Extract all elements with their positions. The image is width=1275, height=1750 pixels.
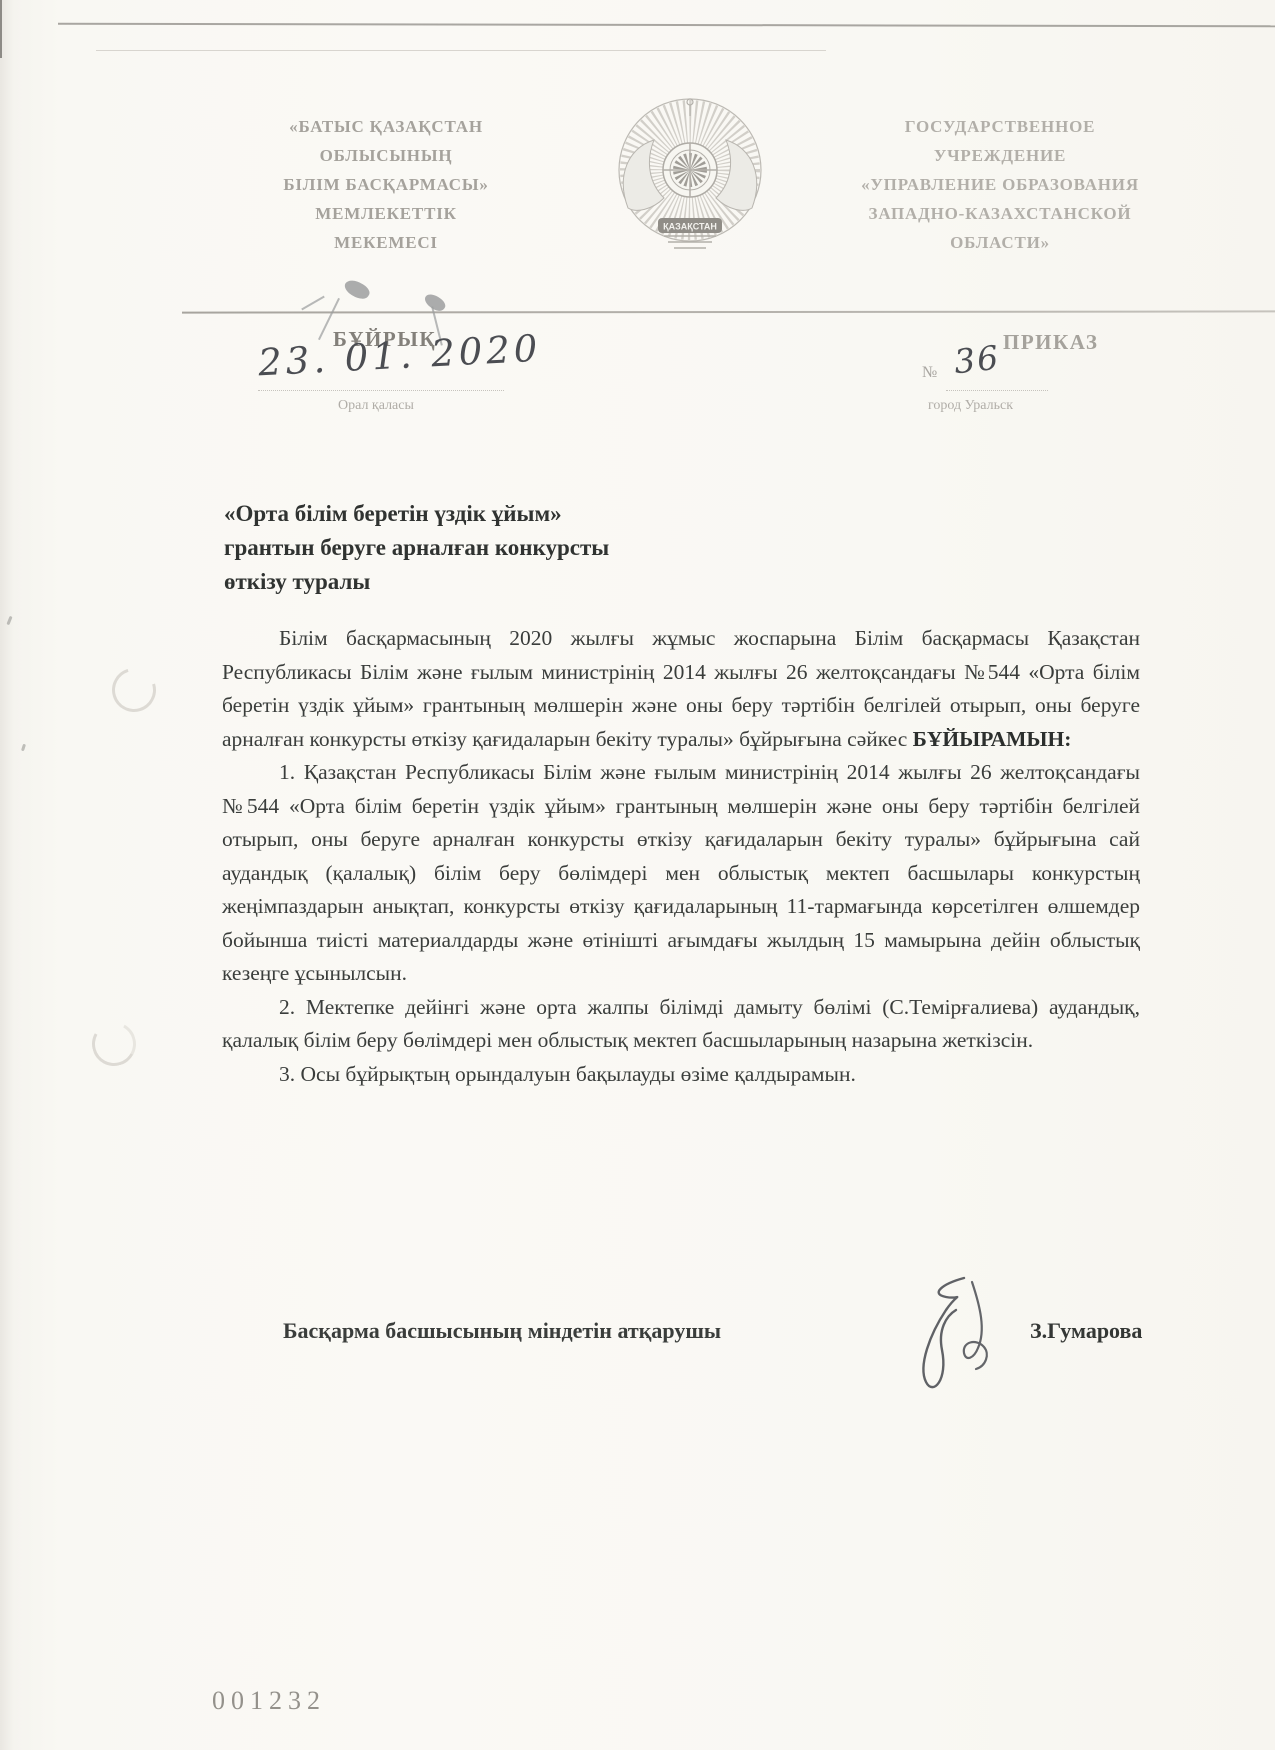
number-underline bbox=[946, 390, 1048, 391]
paper-edge-line bbox=[58, 23, 1275, 28]
handwritten-order-number: 36 bbox=[952, 338, 1002, 382]
title-line: грантын беруге арналған конкурсты bbox=[224, 531, 609, 565]
hole-punch-mark bbox=[104, 660, 164, 720]
hole-punch-mark bbox=[87, 1017, 141, 1071]
org-name-line: УЧРЕЖДЕНИЕ bbox=[832, 141, 1168, 170]
signatory-name: З.Гумарова bbox=[1030, 1318, 1142, 1344]
ink-smudge bbox=[342, 276, 372, 302]
kazakhstan-coat-of-arms-icon: ҚАЗАҚСТАН bbox=[608, 90, 772, 262]
document-registration-stamp: 001232 bbox=[212, 1686, 326, 1716]
paragraph-item-3: 3. Осы бұйрықтың орындалуын бақылауды өз… bbox=[222, 1058, 1140, 1092]
title-line: өткізу туралы bbox=[224, 565, 609, 599]
number-sign: № bbox=[922, 364, 937, 382]
handwritten-signature bbox=[896, 1268, 1011, 1408]
signatory-position: Басқарма басшысының міндетін атқарушы bbox=[283, 1318, 721, 1344]
ink-stroke bbox=[301, 296, 325, 311]
org-name-line: ГОСУДАРСТВЕННОЕ bbox=[832, 112, 1168, 141]
paper-edge-shadow bbox=[96, 50, 826, 51]
scanned-order-document: «БАТЫС ҚАЗАҚСТАН ОБЛЫСЫНЫҢ БІЛІМ БАСҚАРМ… bbox=[0, 0, 1275, 1750]
place-label-russian: город Уральск bbox=[928, 398, 1013, 414]
org-name-kazakh: «БАТЫС ҚАЗАҚСТАН ОБЛЫСЫНЫҢ БІЛІМ БАСҚАРМ… bbox=[248, 112, 524, 257]
org-name-line: «УПРАВЛЕНИЕ ОБРАЗОВАНИЯ bbox=[832, 170, 1168, 199]
document-body: Білім басқармасының 2020 жылғы жұмыс жос… bbox=[222, 622, 1140, 1091]
handwritten-date: 23. 01. 2020 bbox=[257, 327, 542, 385]
paragraph-intro: Білім басқармасының 2020 жылғы жұмыс жос… bbox=[222, 622, 1140, 756]
document-title: «Орта білім беретін үздік ұйым» грантын … bbox=[224, 497, 609, 599]
paper-edge-corner bbox=[0, 0, 2, 58]
order-heading-russian: ПРИКАЗ bbox=[1003, 330, 1098, 355]
paragraph-item-2: 2. Мектепке дейінгі және орта жалпы білі… bbox=[222, 991, 1140, 1058]
paragraph-item-1: 1. Қазақстан Республикасы Білім және ғыл… bbox=[222, 756, 1140, 991]
org-name-line: МЕКЕМЕСІ bbox=[248, 228, 524, 257]
org-name-line: ОБЛЫСЫНЫҢ bbox=[248, 141, 524, 170]
emblem-banner-label: ҚАЗАҚСТАН bbox=[663, 222, 717, 232]
scan-speck bbox=[6, 616, 12, 625]
org-name-line: ОБЛАСТИ» bbox=[832, 228, 1168, 257]
date-underline bbox=[258, 390, 504, 391]
org-name-russian: ГОСУДАРСТВЕННОЕ УЧРЕЖДЕНИЕ «УПРАВЛЕНИЕ О… bbox=[832, 112, 1168, 257]
resolution-word: БҰЙЫРАМЫН: bbox=[913, 727, 1072, 751]
place-label-kazakh: Орал қаласы bbox=[338, 398, 414, 414]
org-name-line: МЕМЛЕКЕТТІК bbox=[248, 199, 524, 228]
letterhead-divider bbox=[182, 310, 1275, 313]
title-line: «Орта білім беретін үздік ұйым» bbox=[224, 497, 609, 531]
org-name-line: ЗАПАДНО-КАЗАХСТАНСКОЙ bbox=[832, 199, 1168, 228]
org-name-line: БІЛІМ БАСҚАРМАСЫ» bbox=[248, 170, 524, 199]
scan-speck bbox=[21, 744, 26, 752]
org-name-line: «БАТЫС ҚАЗАҚСТАН bbox=[248, 112, 524, 141]
